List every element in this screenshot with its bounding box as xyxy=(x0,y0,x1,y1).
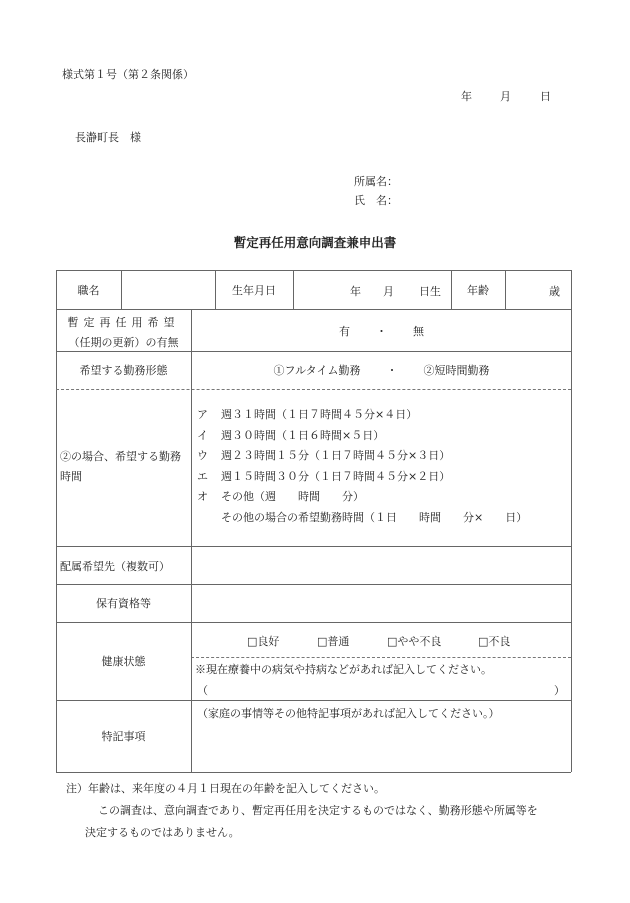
health-poor-checkbox[interactable]: □不良 xyxy=(478,633,510,649)
note-survey-line1: この調査は、意向調査であり、暫定再任用を決定するものではなく、勤務形態や所属等を xyxy=(98,802,538,818)
date-year-label: 年 xyxy=(461,88,472,104)
addressee: 長瀞町長 様 xyxy=(75,129,141,145)
hours-option-u[interactable]: ウ週２３時間１５分（１日７時間４５分×３日） xyxy=(197,446,527,467)
health-normal-checkbox[interactable]: □普通 xyxy=(317,633,349,649)
remarks-label: 特記事項 xyxy=(56,700,191,772)
hours-label-line1: ②の場合、希望する勤務 xyxy=(60,447,181,467)
remarks-field[interactable]: （家庭の事情等その他特記事項があれば記入してください。） xyxy=(192,701,571,772)
reappointment-label-line1: 暫定再任用希望 xyxy=(56,313,191,333)
hours-label: ②の場合、希望する勤務 時間 xyxy=(60,447,181,487)
form-number: 様式第１号（第２条関係） xyxy=(62,66,194,82)
hours-label-line2: 時間 xyxy=(60,467,181,487)
paren-close: ） xyxy=(554,682,565,698)
health-divider-dashed xyxy=(191,657,571,658)
name-label: 氏 名： xyxy=(354,192,398,208)
birth-day-label: 日生 xyxy=(419,283,441,299)
health-good-checkbox[interactable]: □良好 xyxy=(247,633,279,649)
note-survey-line2: 決定するものではありません。 xyxy=(85,824,240,840)
hours-option-e[interactable]: エ週１５時間３０分（１日７時間４５分×２日） xyxy=(197,467,527,488)
date-day-label: 日 xyxy=(540,88,551,104)
option-fulltime[interactable]: ①フルタイム勤務 xyxy=(274,362,361,378)
age-field[interactable]: 歳 xyxy=(506,271,571,309)
qualifications-label: 保有資格等 xyxy=(56,584,191,622)
row-divider-dashed xyxy=(56,389,571,390)
age-label: 年齢 xyxy=(451,270,505,309)
table-border-bottom xyxy=(56,772,571,773)
work-style-label: 希望する勤務形態 xyxy=(56,351,191,389)
note-age: 注）年齢は、来年度の４月１日現在の年齢を記入してください。 xyxy=(66,780,385,796)
affiliation-label: 所属名： xyxy=(354,173,398,189)
birthdate-field[interactable]: 年 月 日生 xyxy=(294,271,451,309)
paren-open: （ xyxy=(197,682,208,698)
date-month-label: 月 xyxy=(500,88,511,104)
page-title: 暫定再任用意向調査兼申出書 xyxy=(0,233,630,251)
hours-option-other-detail[interactable]: その他の場合の希望勤務時間（１日 時間 分× 日） xyxy=(197,508,527,529)
birthdate-label: 生年月日 xyxy=(215,270,293,309)
reappointment-label: 暫定再任用希望 （任期の更新）の有無 xyxy=(56,313,191,353)
option-parttime[interactable]: ②短時間勤務 xyxy=(423,362,489,378)
age-unit: 歳 xyxy=(549,283,560,299)
choice-separator: ・ xyxy=(376,323,387,339)
placement-label: 配属希望先（複数可） xyxy=(60,558,170,574)
job-title-label: 職名 xyxy=(56,270,121,309)
hours-option-o[interactable]: オその他（週 時間 分） xyxy=(197,487,527,508)
remarks-hint: （家庭の事情等その他特記事項があれば記入してください。） xyxy=(197,705,500,721)
health-detail-field[interactable]: （ ） xyxy=(197,682,565,698)
reappointment-label-line2: （任期の更新）の有無 xyxy=(56,333,191,353)
choice-yes[interactable]: 有 xyxy=(339,323,350,339)
birth-year-label: 年 xyxy=(350,283,361,299)
health-fair-checkbox[interactable]: □やや不良 xyxy=(387,633,441,649)
table-border-right xyxy=(571,270,572,772)
work-style-choice[interactable]: ①フルタイム勤務 ・ ②短時間勤務 xyxy=(192,351,571,389)
hours-options: ア週３１時間（１日７時間４５分×４日） イ週３０時間（１日６時間×５日） ウ週２… xyxy=(197,405,527,528)
health-label: 健康状態 xyxy=(56,622,191,700)
placement-field[interactable] xyxy=(192,547,571,584)
hours-option-a[interactable]: ア週３１時間（１日７時間４５分×４日） xyxy=(197,405,527,426)
job-title-field[interactable] xyxy=(122,271,215,309)
qualifications-field[interactable] xyxy=(192,585,571,622)
reappointment-choice[interactable]: 有 ・ 無 xyxy=(192,310,571,351)
choice-no[interactable]: 無 xyxy=(413,323,424,339)
health-note: ※現在療養中の病気や持病などがあれば記入してください。 xyxy=(195,661,492,677)
option-separator: ・ xyxy=(386,362,397,378)
hours-option-i[interactable]: イ週３０時間（１日６時間×５日） xyxy=(197,426,527,447)
birth-month-label: 月 xyxy=(383,283,394,299)
